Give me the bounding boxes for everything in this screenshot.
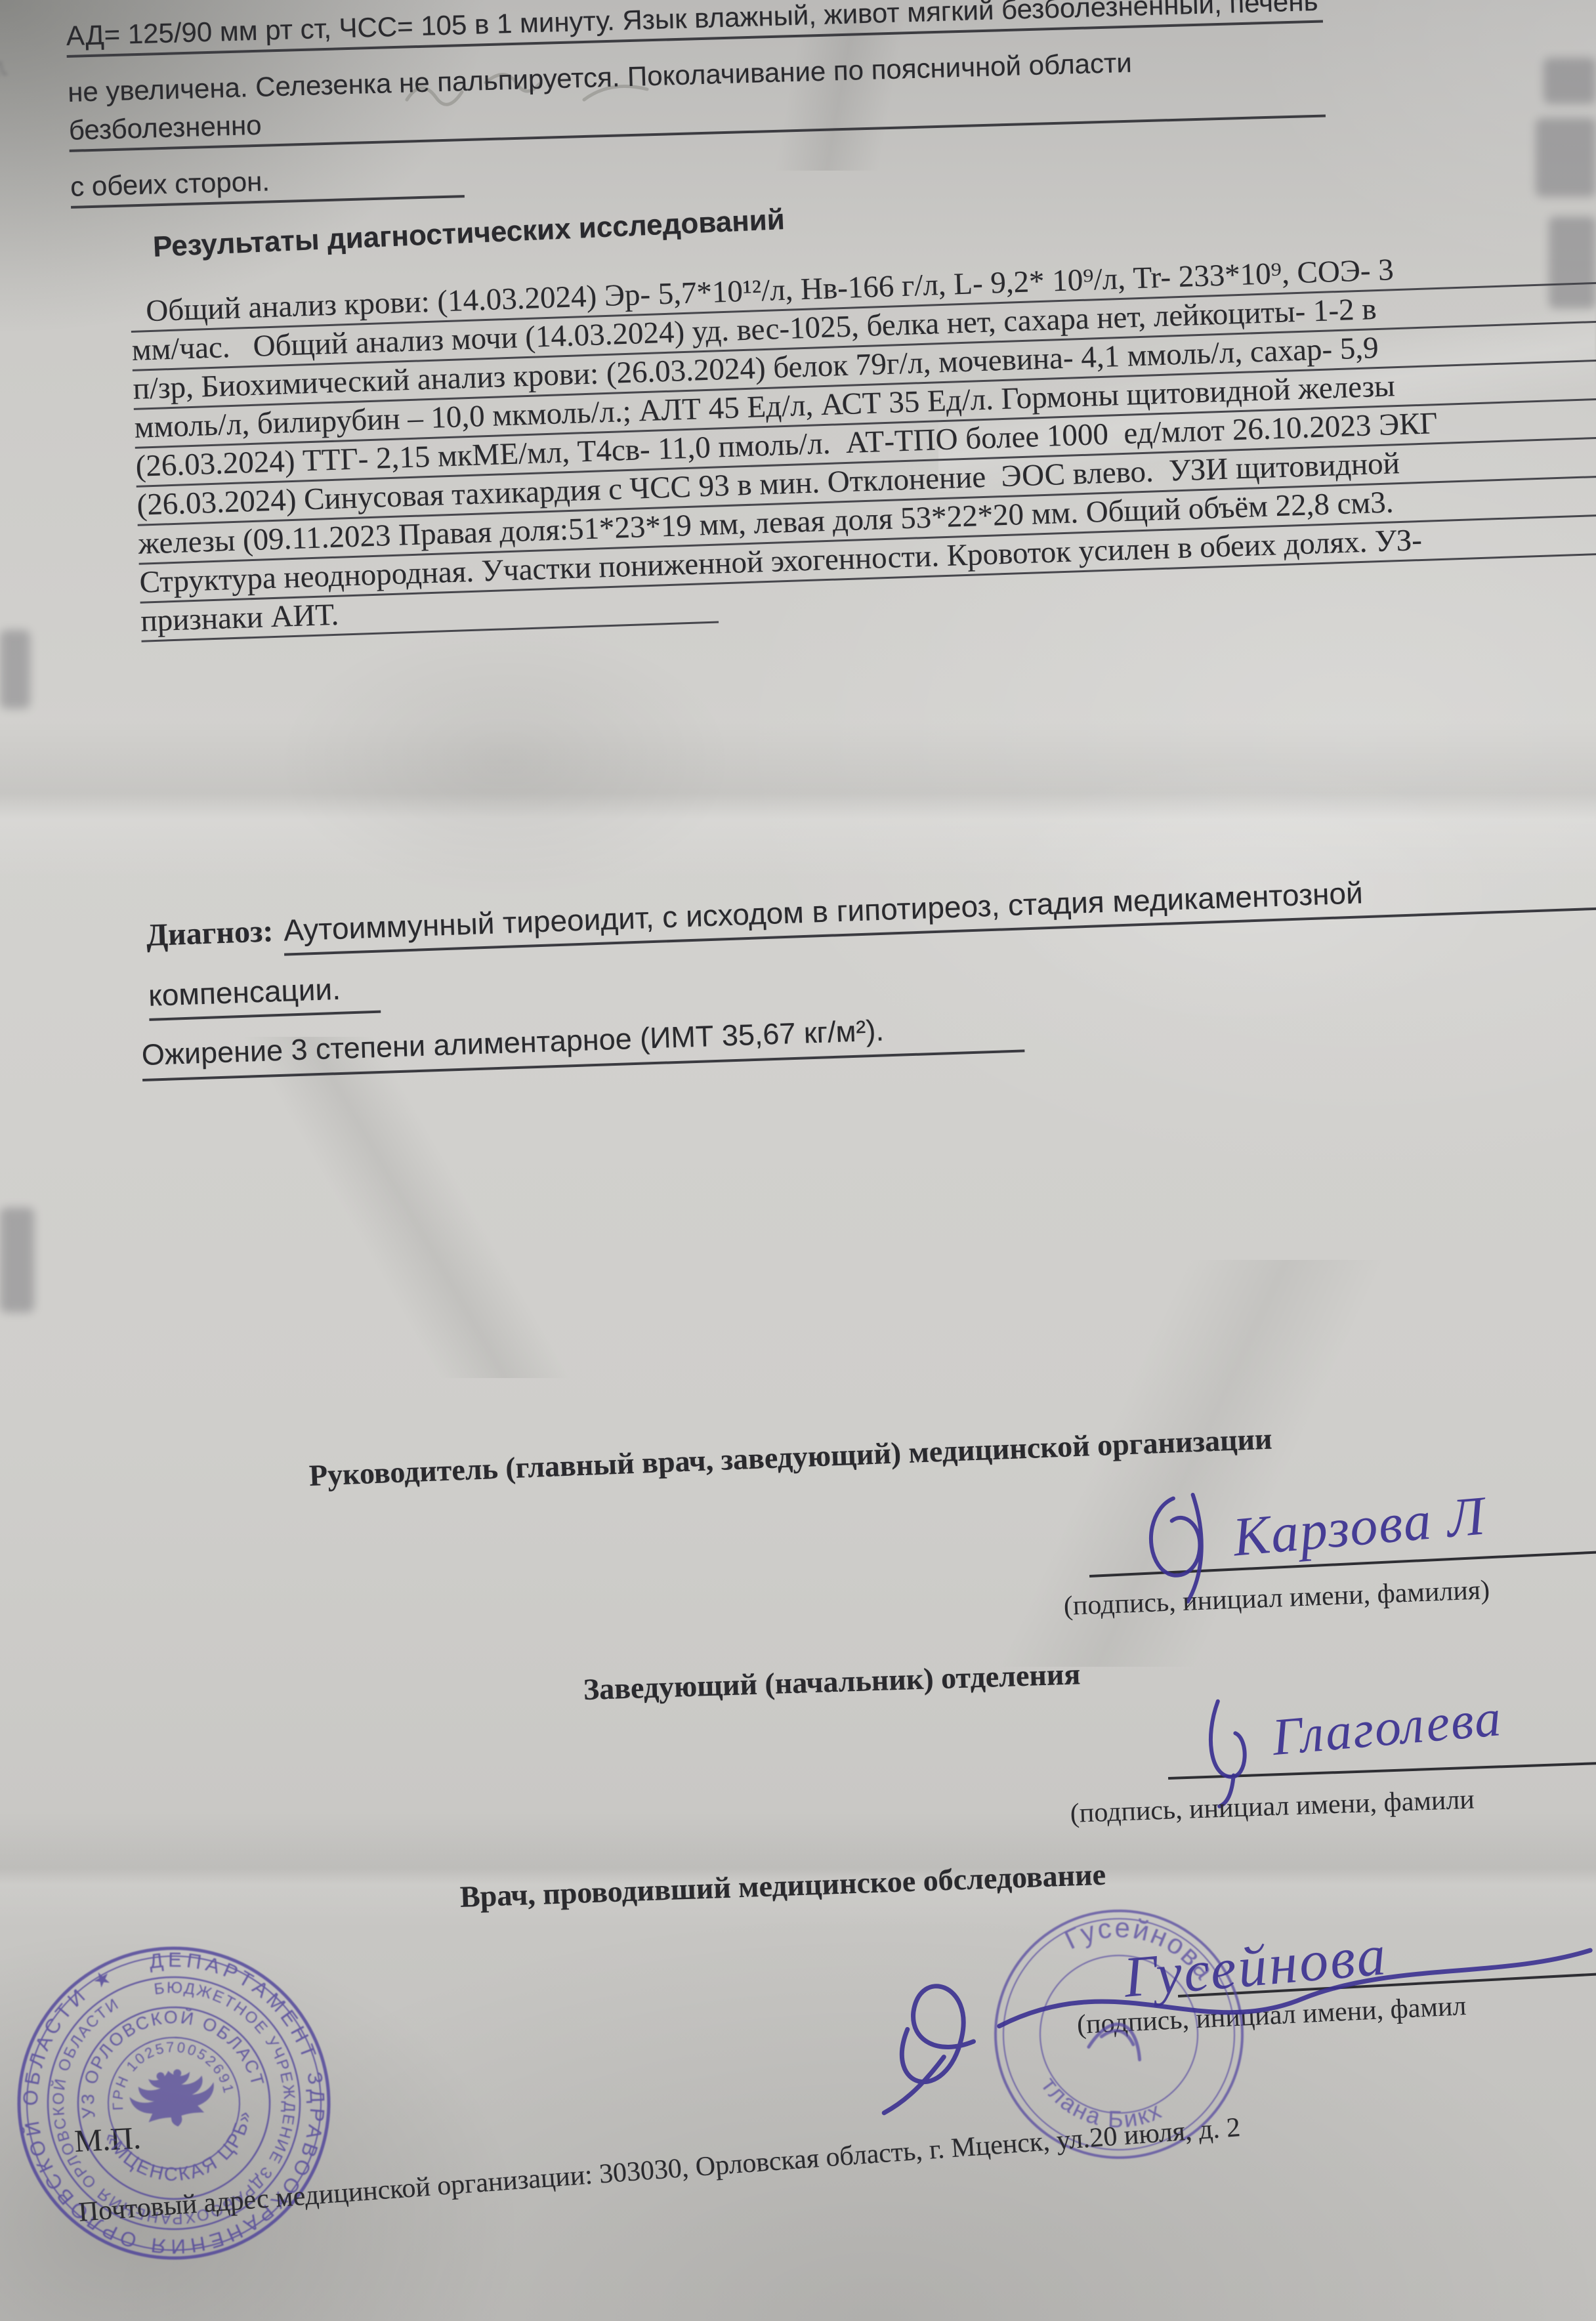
dept-signature-name: Глаголева: [1269, 1689, 1504, 1767]
bleed-smudge: [0, 630, 30, 709]
photographed-medical-document: ложение № АД= 125/90 мм рт ст, ЧСС= 105 …: [0, 0, 1596, 2321]
results-paragraph: Общий анализ крови: (14.03.2024) Эр- 5,7…: [130, 244, 1596, 642]
stamp-eagle-emblem: [126, 2063, 220, 2133]
diagnosis-text-line2: компенсации.: [148, 970, 381, 1021]
bleed-smudge: [1543, 58, 1596, 104]
paper-crease: [92, 1037, 722, 1378]
dept-signature-caption: (подпись, инициал имени, фамили: [1070, 1784, 1475, 1829]
bleed-mirror-text: ложение №: [0, 49, 8, 98]
dept-role-title: Заведующий (начальник) отделения: [583, 1656, 1081, 1707]
vitals-line: с обеих сторон.: [70, 157, 464, 209]
diagnosis-label: Диагноз:: [146, 913, 274, 953]
obesity-text: Ожирение 3 степени алиментарное (ИМТ 35,…: [141, 1009, 1024, 1081]
signature-stroke: [1209, 1700, 1246, 1778]
org-stamp-ring3-bottom: «МЦЕНСКАЯ ЦРБ»: [98, 2104, 266, 2198]
organization-round-stamp: ДЕПАРТАМЕНТ ЗДРАВООХРАНЕНИЯ ОРЛОВСКОЙ ОБ…: [0, 1887, 390, 2320]
vitals-line: не увеличена. Селезенка не пальпируется.…: [67, 38, 1326, 152]
paper-crease: [276, 623, 735, 899]
signature-stroke: [882, 2057, 946, 2113]
bleed-smudge: [1536, 118, 1596, 197]
head-signature-name: Карзова Л: [1230, 1485, 1490, 1568]
doctor-signature: Гусейнова: [840, 1876, 1596, 2126]
doctor-signature-name: Гусейнова: [1121, 1923, 1390, 2010]
paper-crease: [0, 722, 1596, 879]
signature-stroke: [1149, 1497, 1202, 1577]
diagnosis-block: Диагноз: Аутоиммунный тиреоидит, с исход…: [146, 867, 1596, 1021]
vitals-paragraph: АД= 125/90 мм рт ст, ЧСС= 105 в 1 минуту…: [66, 0, 1328, 224]
bleed-smudge: [0, 1207, 34, 1312]
obesity-line: Ожирение 3 степени алиментарное (ИМТ 35,…: [141, 1009, 1024, 1081]
